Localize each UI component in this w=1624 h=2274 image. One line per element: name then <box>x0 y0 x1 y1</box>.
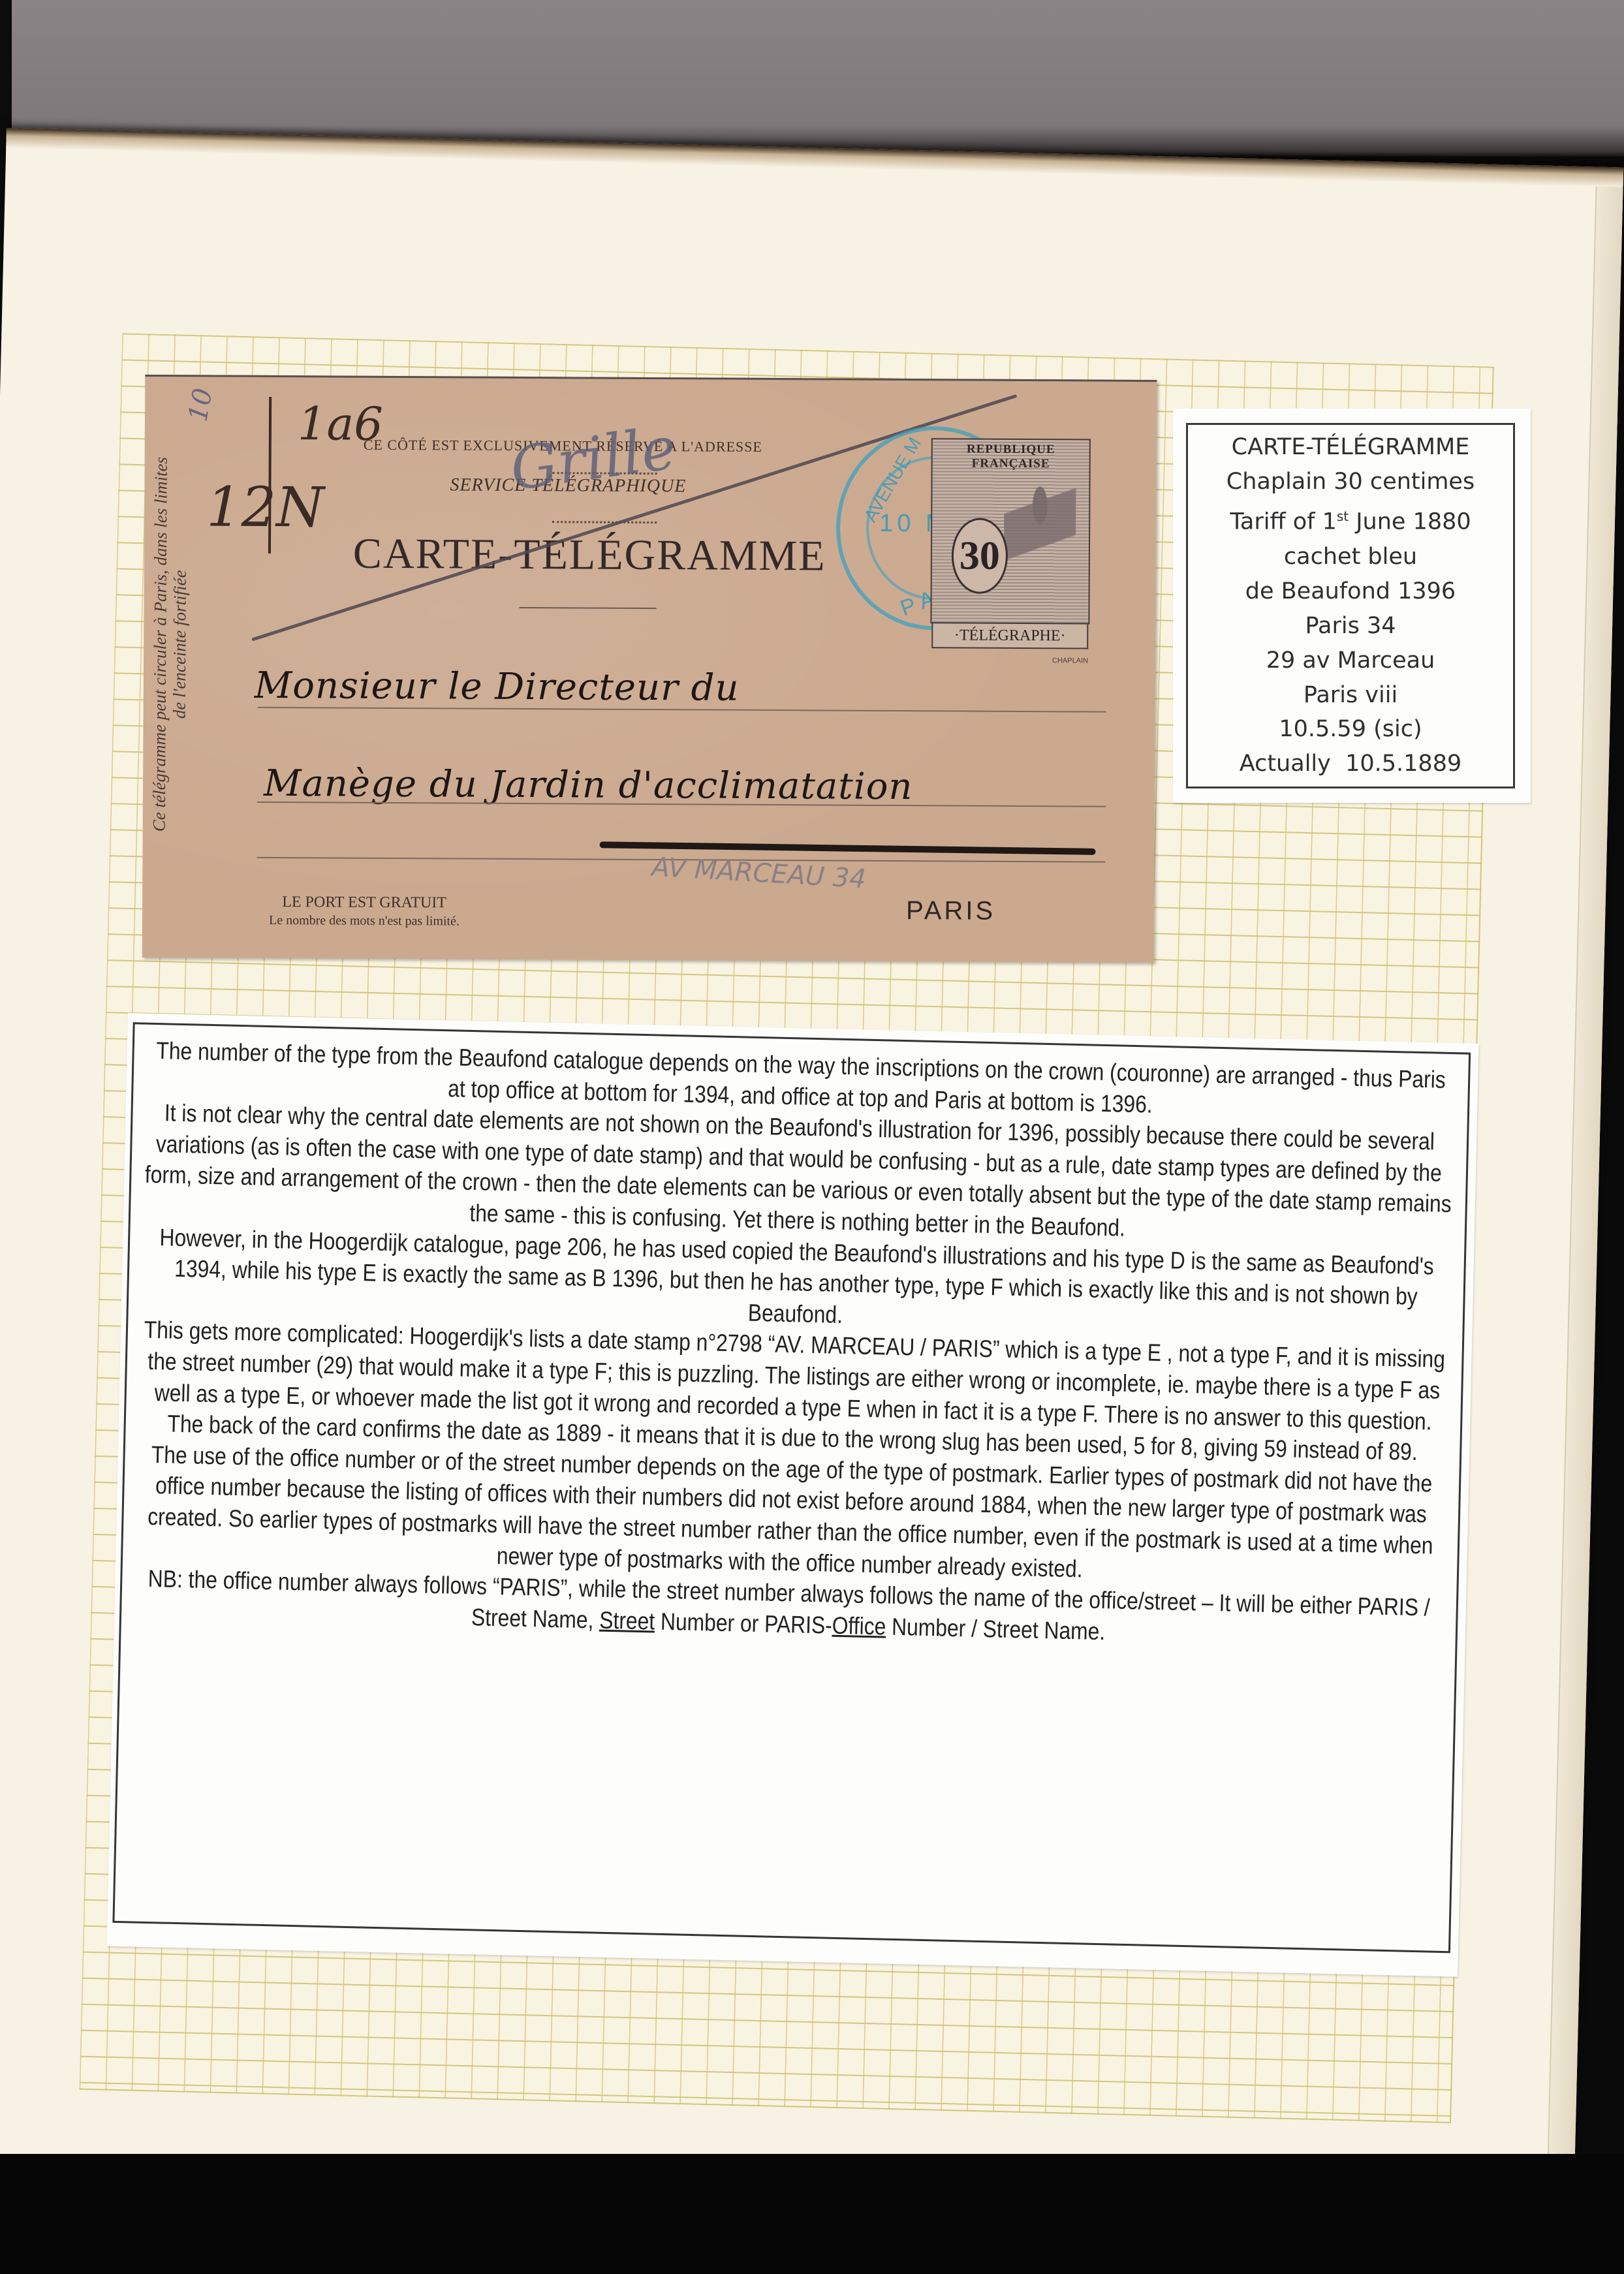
label-line: 29 av Marceau <box>1266 646 1435 675</box>
label-line: Chaplain 30 centimes <box>1226 467 1475 496</box>
nb-underlined-office: Office <box>832 1612 886 1640</box>
nb-text: Number or PARIS- <box>655 1608 833 1638</box>
label-line: Paris viii <box>1304 681 1398 709</box>
postage-free-notice: LE PORT EST GRATUIT Le nombre des mots n… <box>234 893 495 931</box>
nb-text: Number / Street Name. <box>886 1613 1106 1645</box>
carte-telegramme-card: Ce télégramme peut circuler à Paris, dan… <box>142 375 1157 963</box>
imprinted-stamp: REPUBLIQUE FRANÇAISE 30 ·TÉLÉGRAPHE· CHA… <box>930 438 1090 624</box>
title-ornament <box>519 607 656 609</box>
description-label: CARTE-TÉLÉGRAMME Chaplain 30 centimes Ta… <box>1173 409 1531 803</box>
tariff-superscript: st <box>1337 508 1349 524</box>
side-inscription-line2: de l'enceinte fortifiée <box>168 357 191 931</box>
card-side-inscription: Ce télégramme peut circuler à Paris, dan… <box>149 357 191 931</box>
stamp-designer: CHAPLAIN <box>1052 657 1088 664</box>
card-title: CARTE-TÉLÉGRAMME <box>353 529 826 582</box>
label-line: cachet bleu <box>1284 542 1417 571</box>
label-line: Paris 34 <box>1305 612 1396 640</box>
label-line: CARTE-TÉLÉGRAMME <box>1232 433 1470 461</box>
port-line-1: LE PORT EST GRATUIT <box>234 893 495 912</box>
label-line: de Beaufond 1396 <box>1245 577 1456 606</box>
description-label-box: CARTE-TÉLÉGRAMME Chaplain 30 centimes Ta… <box>1186 423 1515 788</box>
explanation-note-box: The number of the type from the Beaufond… <box>112 1022 1471 1953</box>
nb-underlined-street: Street <box>599 1606 655 1634</box>
stamp-telegraphe-label: ·TÉLÉGRAPHE· <box>931 622 1088 649</box>
manuscript-top-mark: 10 <box>183 386 218 424</box>
destination-city: PARIS <box>906 896 995 926</box>
scanner-bottom-background <box>0 2154 1624 2274</box>
explanation-note: The number of the type from the Beaufond… <box>107 1013 1479 1977</box>
pencil-note: AV MARCEAU 34 <box>651 852 867 894</box>
label-line-tariff: Tariff of 1st June 1880 <box>1230 502 1471 537</box>
port-line-2: Le nombre des mots n'est pas limité. <box>234 911 495 931</box>
tariff-prefix: Tariff of 1 <box>1230 509 1337 535</box>
stamp-allegory-figure-icon <box>1004 466 1076 597</box>
side-inscription-line1: Ce télégramme peut circuler à Paris, dan… <box>149 357 172 931</box>
address-line-1: Monsieur le Directeur du <box>255 664 740 709</box>
page-right-edge <box>1546 187 1623 2217</box>
label-line: 10.5.59 (sic) <box>1279 715 1422 743</box>
tariff-suffix: June 1880 <box>1349 509 1471 535</box>
label-line: Actually 10.5.1889 <box>1240 749 1461 778</box>
stamp-value: 30 <box>952 518 1008 593</box>
address-line-2: Manège du Jardin d'acclimatation <box>264 762 913 808</box>
